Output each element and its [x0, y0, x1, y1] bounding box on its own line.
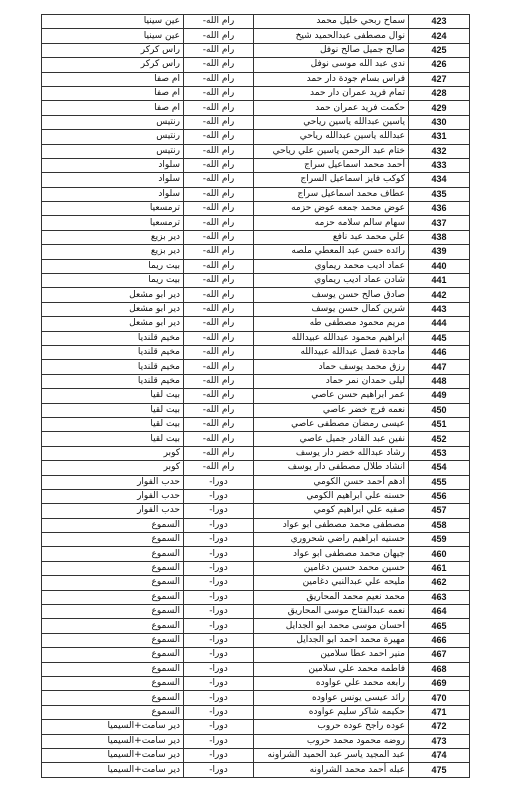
village-cell: السموع — [42, 691, 184, 705]
village-cell: السموع — [42, 648, 184, 662]
table-row: ام صفارام الله-حكمت فريد عمران حمد429 — [42, 101, 470, 115]
name-cell: محمد نعيم محمد المحاريق — [254, 590, 409, 604]
table-body: عين سينيارام الله-سماح ربحي خليل محمد423… — [42, 15, 470, 778]
district-cell: رام الله- — [184, 43, 254, 57]
number-cell: 431 — [409, 130, 470, 144]
name-cell: عماد اديب محمد ريماوي — [254, 259, 409, 273]
table-row: عين سينيارام الله-سماح ربحي خليل محمد423 — [42, 15, 470, 29]
village-cell: السموع — [42, 533, 184, 547]
table-row: كوبررام الله-رشاد عبدالله خضر دار يوسف45… — [42, 446, 470, 460]
name-cell: انشاد طلال مصطفى دار يوسف — [254, 461, 409, 475]
name-cell: جيهان محمد مصطفى ابو عواد — [254, 547, 409, 561]
district-cell: رام الله- — [184, 144, 254, 158]
table-row: راس كركررام الله-ندى عبد الله موسى نوفل4… — [42, 58, 470, 72]
number-cell: 424 — [409, 29, 470, 43]
village-cell: السموع — [42, 518, 184, 532]
district-cell: دورا- — [184, 748, 254, 762]
district-cell: رام الله- — [184, 274, 254, 288]
name-cell: احسان موسى محمد ابو الجدايل — [254, 619, 409, 633]
number-cell: 435 — [409, 187, 470, 201]
number-cell: 472 — [409, 720, 470, 734]
number-cell: 425 — [409, 43, 470, 57]
village-cell: السموع — [42, 590, 184, 604]
name-cell: تمام فريد عمران دار حمد — [254, 86, 409, 100]
table-row: راس كركررام الله-صالح جميل صالح نوفل425 — [42, 43, 470, 57]
number-cell: 428 — [409, 86, 470, 100]
district-cell: دورا- — [184, 590, 254, 604]
number-cell: 450 — [409, 403, 470, 417]
district-cell: رام الله- — [184, 230, 254, 244]
village-cell: كوبر — [42, 461, 184, 475]
number-cell: 460 — [409, 547, 470, 561]
number-cell: 437 — [409, 216, 470, 230]
village-cell: راس كركر — [42, 58, 184, 72]
village-cell: رنتيس — [42, 144, 184, 158]
district-cell: رام الله- — [184, 187, 254, 201]
name-cell: حكيمه شاكر سليم عواوده — [254, 705, 409, 719]
name-cell: سماح ربحي خليل محمد — [254, 15, 409, 29]
number-cell: 471 — [409, 705, 470, 719]
village-cell: السموع — [42, 676, 184, 690]
name-cell: رشاد عبدالله خضر دار يوسف — [254, 446, 409, 460]
village-cell: حدب الفوار — [42, 475, 184, 489]
table-row: رنتيسرام الله-عبدالله ياسين عبدالله رياح… — [42, 130, 470, 144]
village-cell: السموع — [42, 561, 184, 575]
name-cell: ابراهيم محمود عبدالله عبيدالله — [254, 331, 409, 345]
name-cell: مهيرة محمد احمد ابو الجدايل — [254, 633, 409, 647]
village-cell: ام صفا — [42, 101, 184, 115]
table-row: دير سامت+السيميادورا-عبله أحمد محمد الشر… — [42, 763, 470, 777]
table-row: السموعدورا-حسين محمد حسين دغامين461 — [42, 561, 470, 575]
village-cell: كوبر — [42, 446, 184, 460]
number-cell: 462 — [409, 576, 470, 590]
table-row: السموعدورا-محمد نعيم محمد المحاريق463 — [42, 590, 470, 604]
table-row: مخيم قلنديارام الله-ليلى حمدان نمر حماد4… — [42, 374, 470, 388]
number-cell: 427 — [409, 72, 470, 86]
name-cell: صادق صالح حسن يوسف — [254, 288, 409, 302]
village-cell: السموع — [42, 547, 184, 561]
table-row: بيت لقيارام الله-عمر ابراهيم حسن عاصي449 — [42, 389, 470, 403]
table-row: السموعدورا-فاطمه محمد علي سلامين468 — [42, 662, 470, 676]
table-row: السموعدورا-حسنيه ابراهيم راضي شحروري459 — [42, 533, 470, 547]
village-cell: دير ابو مشعل — [42, 288, 184, 302]
name-cell: ادهم أحمد حسن الكومي — [254, 475, 409, 489]
number-cell: 443 — [409, 302, 470, 316]
table-row: بيت ريمارام الله-شادن عماد اديب ريماوي44… — [42, 274, 470, 288]
district-cell: رام الله- — [184, 86, 254, 100]
table-row: ترمسعيارام الله-عوض محمد جمعه عوض حزمه43… — [42, 202, 470, 216]
name-cell: حكمت فريد عمران حمد — [254, 101, 409, 115]
name-cell: مريم محمود مصطفى طه — [254, 317, 409, 331]
number-cell: 465 — [409, 619, 470, 633]
name-cell: ياسين عبدالله ياسين رياحي — [254, 115, 409, 129]
district-cell: رام الله- — [184, 389, 254, 403]
name-cell: سهام سالم سلامه حزمه — [254, 216, 409, 230]
table-row: حدب الفواردورا-حسنه علي ابراهيم الكومي45… — [42, 489, 470, 503]
village-cell: ترمسعيا — [42, 216, 184, 230]
village-cell: السموع — [42, 662, 184, 676]
table-row: بيت لقيارام الله-نفين عبد القادر جميل عا… — [42, 432, 470, 446]
village-cell: ترمسعيا — [42, 202, 184, 216]
number-cell: 458 — [409, 518, 470, 532]
village-cell: دير سامت+السيميا — [42, 734, 184, 748]
number-cell: 469 — [409, 676, 470, 690]
table-row: ام صفارام الله-فراس بسام جودة دار حمد427 — [42, 72, 470, 86]
district-cell: رام الله- — [184, 15, 254, 29]
number-cell: 447 — [409, 360, 470, 374]
number-cell: 444 — [409, 317, 470, 331]
district-cell: رام الله- — [184, 115, 254, 129]
name-cell: حسنيه ابراهيم راضي شحروري — [254, 533, 409, 547]
district-cell: دورا- — [184, 489, 254, 503]
table-row: حدب الفواردورا-ادهم أحمد حسن الكومي455 — [42, 475, 470, 489]
village-cell: السموع — [42, 705, 184, 719]
village-cell: بيت ريما — [42, 259, 184, 273]
village-cell: راس كركر — [42, 43, 184, 57]
district-cell: دورا- — [184, 705, 254, 719]
district-cell: رام الله- — [184, 302, 254, 316]
name-cell: حسين محمد حسين دغامين — [254, 561, 409, 575]
table-row: دير ابو مشعلرام الله-شرين كمال حسن يوسف4… — [42, 302, 470, 316]
village-cell: حدب الفوار — [42, 489, 184, 503]
table-row: سلوادرام الله-عطاف محمد اسماعيل سراج435 — [42, 187, 470, 201]
name-cell: شادن عماد اديب ريماوي — [254, 274, 409, 288]
village-cell: دير ابو مشعل — [42, 302, 184, 316]
table-row: السموعدورا-حكيمه شاكر سليم عواوده471 — [42, 705, 470, 719]
district-cell: دورا- — [184, 734, 254, 748]
district-cell: رام الله- — [184, 461, 254, 475]
name-cell: عبدالله ياسين عبدالله رياحي — [254, 130, 409, 144]
table-row: بيت ريمارام الله-عماد اديب محمد ريماوي44… — [42, 259, 470, 273]
number-cell: 446 — [409, 345, 470, 359]
district-cell: رام الله- — [184, 72, 254, 86]
number-cell: 459 — [409, 533, 470, 547]
name-cell: فاطمه محمد علي سلامين — [254, 662, 409, 676]
name-cell: نعمه عبدالفتاح موسى المحاريق — [254, 605, 409, 619]
table-row: دير سامت+السيميادورا-عبد المجيد ياسر عبد… — [42, 748, 470, 762]
name-cell: رائد عيسى يونس عواوده — [254, 691, 409, 705]
table-row: السموعدورا-احسان موسى محمد ابو الجدايل46… — [42, 619, 470, 633]
village-cell: سلواد — [42, 173, 184, 187]
number-cell: 438 — [409, 230, 470, 244]
district-cell: رام الله- — [184, 130, 254, 144]
name-cell: علي محمد عبد نافع — [254, 230, 409, 244]
district-cell: رام الله- — [184, 374, 254, 388]
name-cell: ليلى حمدان نمر حماد — [254, 374, 409, 388]
table-row: دير ابو مشعلرام الله-مريم محمود مصطفى طه… — [42, 317, 470, 331]
district-cell: دورا- — [184, 662, 254, 676]
name-cell: صفيه علي ابراهيم كومي — [254, 504, 409, 518]
village-cell: دير سامت+السيميا — [42, 720, 184, 734]
district-cell: دورا- — [184, 547, 254, 561]
table-row: سلوادرام الله-كوكب فايز اسماعيل السراج43… — [42, 173, 470, 187]
village-cell: بيت لقيا — [42, 417, 184, 431]
name-cell: شرين كمال حسن يوسف — [254, 302, 409, 316]
number-cell: 457 — [409, 504, 470, 518]
district-cell: رام الله- — [184, 446, 254, 460]
district-cell: رام الله- — [184, 101, 254, 115]
district-cell: رام الله- — [184, 216, 254, 230]
district-cell: دورا- — [184, 605, 254, 619]
table-row: حدب الفواردورا-صفيه علي ابراهيم كومي457 — [42, 504, 470, 518]
village-cell: السموع — [42, 633, 184, 647]
number-cell: 455 — [409, 475, 470, 489]
name-cell: عوض محمد جمعه عوض حزمه — [254, 202, 409, 216]
district-cell: رام الله- — [184, 345, 254, 359]
name-cell: رابعه محمد علي عواوده — [254, 676, 409, 690]
names-table: عين سينيارام الله-سماح ربحي خليل محمد423… — [41, 14, 470, 778]
name-cell: حسنه علي ابراهيم الكومي — [254, 489, 409, 503]
name-cell: ماجدة فضل عبدالله عبيدالله — [254, 345, 409, 359]
district-cell: دورا- — [184, 561, 254, 575]
number-cell: 441 — [409, 274, 470, 288]
number-cell: 449 — [409, 389, 470, 403]
village-cell: دير سامت+السيميا — [42, 763, 184, 777]
number-cell: 426 — [409, 58, 470, 72]
name-cell: نفين عبد القادر جميل عاصي — [254, 432, 409, 446]
village-cell: رنتيس — [42, 130, 184, 144]
name-cell: نوال مصطفى عبدالحميد شيخ — [254, 29, 409, 43]
table-row: كوبررام الله-انشاد طلال مصطفى دار يوسف45… — [42, 461, 470, 475]
number-cell: 453 — [409, 446, 470, 460]
name-cell: روضه محمود محمد حروب — [254, 734, 409, 748]
village-cell: حدب الفوار — [42, 504, 184, 518]
district-cell: دورا- — [184, 763, 254, 777]
table-row: السموعدورا-مهيرة محمد احمد ابو الجدايل46… — [42, 633, 470, 647]
table-row: دير سامت+السيميادورا-روضه محمود محمد حرو… — [42, 734, 470, 748]
number-cell: 434 — [409, 173, 470, 187]
village-cell: دير بزيع — [42, 230, 184, 244]
table-row: رنتيسرام الله-ختام عبد الرحمن ياسين علي … — [42, 144, 470, 158]
village-cell: السموع — [42, 619, 184, 633]
village-cell: بيت لقيا — [42, 432, 184, 446]
number-cell: 442 — [409, 288, 470, 302]
district-cell: دورا- — [184, 518, 254, 532]
table-row: بيت لقيارام الله-نعمه فرج خضر عاصي450 — [42, 403, 470, 417]
table-row: السموعدورا-رابعه محمد علي عواوده469 — [42, 676, 470, 690]
village-cell: رنتيس — [42, 115, 184, 129]
village-cell: مخيم قلنديا — [42, 331, 184, 345]
number-cell: 451 — [409, 417, 470, 431]
district-cell: دورا- — [184, 720, 254, 734]
name-cell: عبله أحمد محمد الشراونه — [254, 763, 409, 777]
number-cell: 452 — [409, 432, 470, 446]
table-row: السموعدورا-نعمه عبدالفتاح موسى المحاريق4… — [42, 605, 470, 619]
name-cell: عبد المجيد ياسر عبد الحميد الشراونه — [254, 748, 409, 762]
number-cell: 461 — [409, 561, 470, 575]
name-cell: رزق محمد يوسف حماد — [254, 360, 409, 374]
district-cell: رام الله- — [184, 158, 254, 172]
number-cell: 468 — [409, 662, 470, 676]
table-row: دير ابو مشعلرام الله-صادق صالح حسن يوسف4… — [42, 288, 470, 302]
village-cell: دير ابو مشعل — [42, 317, 184, 331]
number-cell: 423 — [409, 15, 470, 29]
number-cell: 439 — [409, 245, 470, 259]
table-row: مخيم قلنديارام الله-رزق محمد يوسف حماد44… — [42, 360, 470, 374]
number-cell: 470 — [409, 691, 470, 705]
table-row: دير بزيعرام الله-رائده حسن عبد المعطي مل… — [42, 245, 470, 259]
number-cell: 456 — [409, 489, 470, 503]
district-cell: رام الله- — [184, 29, 254, 43]
district-cell: رام الله- — [184, 245, 254, 259]
table-row: بيت لقيارام الله-عيسى رمضان مصطفى عاصي45… — [42, 417, 470, 431]
table-row: دير بزيعرام الله-علي محمد عبد نافع438 — [42, 230, 470, 244]
village-cell: مخيم قلنديا — [42, 360, 184, 374]
name-cell: عيسى رمضان مصطفى عاصي — [254, 417, 409, 431]
village-cell: سلواد — [42, 158, 184, 172]
table-row: السموعدورا-جيهان محمد مصطفى ابو عواد460 — [42, 547, 470, 561]
district-cell: دورا- — [184, 576, 254, 590]
number-cell: 432 — [409, 144, 470, 158]
table-row: السموعدورا-مليحه علي عبدالنبي دغامين462 — [42, 576, 470, 590]
number-cell: 436 — [409, 202, 470, 216]
village-cell: عين سينيا — [42, 29, 184, 43]
name-cell: ختام عبد الرحمن ياسين علي رياحي — [254, 144, 409, 158]
district-cell: رام الله- — [184, 417, 254, 431]
table-row: السموعدورا-رائد عيسى يونس عواوده470 — [42, 691, 470, 705]
village-cell: بيت ريما — [42, 274, 184, 288]
district-cell: دورا- — [184, 504, 254, 518]
district-cell: دورا- — [184, 691, 254, 705]
name-cell: مصطفى محمد مصطفى ابو عواد — [254, 518, 409, 532]
name-cell: أحمد محمد اسماعيل سراج — [254, 158, 409, 172]
village-cell: سلواد — [42, 187, 184, 201]
table-row: السموعدورا-مصطفى محمد مصطفى ابو عواد458 — [42, 518, 470, 532]
district-cell: رام الله- — [184, 288, 254, 302]
district-cell: رام الله- — [184, 173, 254, 187]
table-row: سلوادرام الله-أحمد محمد اسماعيل سراج433 — [42, 158, 470, 172]
number-cell: 445 — [409, 331, 470, 345]
name-cell: منير احمد عطا سلامين — [254, 648, 409, 662]
number-cell: 474 — [409, 748, 470, 762]
district-cell: دورا- — [184, 676, 254, 690]
number-cell: 454 — [409, 461, 470, 475]
name-cell: عطاف محمد اسماعيل سراج — [254, 187, 409, 201]
number-cell: 473 — [409, 734, 470, 748]
district-cell: رام الله- — [184, 317, 254, 331]
district-cell: رام الله- — [184, 432, 254, 446]
table-row: مخيم قلنديارام الله-ابراهيم محمود عبدالل… — [42, 331, 470, 345]
table-row: السموعدورا-منير احمد عطا سلامين467 — [42, 648, 470, 662]
village-cell: ام صفا — [42, 86, 184, 100]
district-cell: رام الله- — [184, 58, 254, 72]
village-cell: دير بزيع — [42, 245, 184, 259]
table-row: مخيم قلنديارام الله-ماجدة فضل عبدالله عب… — [42, 345, 470, 359]
village-cell: السموع — [42, 576, 184, 590]
village-cell: دير سامت+السيميا — [42, 748, 184, 762]
table-row: ام صفارام الله-تمام فريد عمران دار حمد42… — [42, 86, 470, 100]
table-row: عين سينيارام الله-نوال مصطفى عبدالحميد ش… — [42, 29, 470, 43]
district-cell: رام الله- — [184, 331, 254, 345]
village-cell: ام صفا — [42, 72, 184, 86]
district-cell: دورا- — [184, 619, 254, 633]
name-cell: فراس بسام جودة دار حمد — [254, 72, 409, 86]
district-cell: رام الله- — [184, 360, 254, 374]
number-cell: 466 — [409, 633, 470, 647]
village-cell: مخيم قلنديا — [42, 345, 184, 359]
table-row: دير سامت+السيميادورا-عوده راجح عوده حروب… — [42, 720, 470, 734]
name-cell: ندى عبد الله موسى نوفل — [254, 58, 409, 72]
document-page: عين سينيارام الله-سماح ربحي خليل محمد423… — [41, 14, 463, 778]
table-row: رنتيسرام الله-ياسين عبدالله ياسين رياحي4… — [42, 115, 470, 129]
number-cell: 440 — [409, 259, 470, 273]
number-cell: 448 — [409, 374, 470, 388]
name-cell: نعمه فرج خضر عاصي — [254, 403, 409, 417]
district-cell: دورا- — [184, 648, 254, 662]
name-cell: رائده حسن عبد المعطي ملصه — [254, 245, 409, 259]
number-cell: 464 — [409, 605, 470, 619]
district-cell: رام الله- — [184, 403, 254, 417]
table-row: ترمسعيارام الله-سهام سالم سلامه حزمه437 — [42, 216, 470, 230]
district-cell: دورا- — [184, 633, 254, 647]
name-cell: كوكب فايز اسماعيل السراج — [254, 173, 409, 187]
number-cell: 475 — [409, 763, 470, 777]
village-cell: بيت لقيا — [42, 389, 184, 403]
village-cell: عين سينيا — [42, 15, 184, 29]
number-cell: 429 — [409, 101, 470, 115]
name-cell: صالح جميل صالح نوفل — [254, 43, 409, 57]
name-cell: عمر ابراهيم حسن عاصي — [254, 389, 409, 403]
number-cell: 463 — [409, 590, 470, 604]
district-cell: رام الله- — [184, 259, 254, 273]
district-cell: دورا- — [184, 533, 254, 547]
name-cell: مليحه علي عبدالنبي دغامين — [254, 576, 409, 590]
district-cell: رام الله- — [184, 202, 254, 216]
number-cell: 430 — [409, 115, 470, 129]
village-cell: بيت لقيا — [42, 403, 184, 417]
district-cell: دورا- — [184, 475, 254, 489]
village-cell: السموع — [42, 605, 184, 619]
number-cell: 433 — [409, 158, 470, 172]
number-cell: 467 — [409, 648, 470, 662]
name-cell: عوده راجح عوده حروب — [254, 720, 409, 734]
village-cell: مخيم قلنديا — [42, 374, 184, 388]
